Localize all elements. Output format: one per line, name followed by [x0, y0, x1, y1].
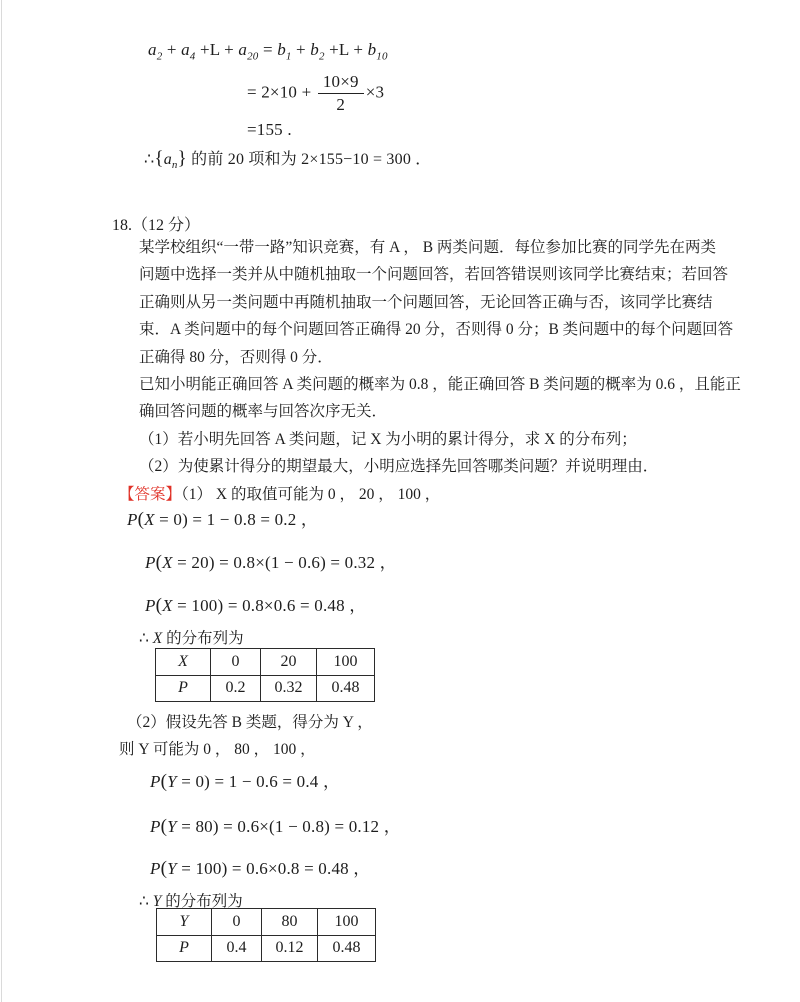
math-token: a: [238, 40, 247, 59]
equation-p-x100: P(X = 100) = 0.8×0.6 = 0.48 ，: [145, 591, 366, 617]
math-token: a: [164, 151, 172, 168]
math-token: =155 .: [247, 120, 292, 139]
math-token: = 100: [177, 859, 222, 878]
math-token: P: [150, 859, 161, 878]
distribution-table-y: Y 0 80 100 P 0.4 0.12 0.48: [156, 908, 376, 962]
document-page: { "page": { "background": "#ffffff", "te…: [0, 0, 800, 1002]
answer-label: 【答案】: [119, 486, 181, 503]
table-cell: 0.32: [261, 675, 317, 702]
math-token: 的分布列为: [162, 630, 243, 647]
math-token: ) = 0.8×0.6 = 0.48 ，: [218, 596, 367, 615]
distribution-x-caption: ∴ X 的分布列为: [139, 626, 244, 648]
equation-p-y80: P(Y = 80) = 0.6×(1 − 0.8) = 0.12 ，: [150, 812, 401, 838]
sequence-sum-equation-line1: a2 + a4 +L + a20 = b1 + b2 +L + b10: [148, 40, 388, 60]
table-row: Y 0 80 100: [157, 909, 376, 936]
math-token: P: [145, 553, 156, 572]
math-token: a: [181, 40, 190, 59]
math-token: +: [292, 40, 311, 59]
table-cell: P: [156, 675, 211, 702]
math-token: X: [162, 596, 173, 615]
therefore-symbol: ∴: [139, 630, 153, 647]
equation-p-y0: P(Y = 0) = 1 − 0.6 = 0.4 ，: [150, 767, 340, 793]
answer-intro-text: （1） X 的取值可能为 0 ， 20 ， 100 ，: [181, 486, 440, 503]
math-token: 20: [247, 50, 258, 62]
math-token: ) = 0.6×0.8 = 0.48 ，: [222, 859, 371, 878]
table-cell: 0.48: [318, 935, 376, 962]
question-line: 确回答问题的概率与回答次序无关．: [139, 398, 741, 425]
math-token: Y: [167, 772, 177, 791]
page-edge-line: [1, 0, 2, 1002]
table-cell: 100: [318, 909, 376, 936]
math-token: {: [154, 148, 163, 169]
table-cell: 80: [262, 909, 318, 936]
math-token: b: [310, 40, 319, 59]
question-line: （1）若小明先回答 A 类问题，记 X 为小明的累计得分，求 X 的分布列；: [139, 426, 741, 453]
table-cell: 0: [211, 649, 261, 676]
question-line: （2）为使累计得分的期望最大，小明应选择先回答哪类问题？并说明理由．: [139, 453, 741, 480]
math-token: X: [162, 553, 173, 572]
math-token: X: [144, 510, 155, 529]
math-token: ×3: [366, 82, 385, 101]
fraction-numerator: 10×9: [318, 72, 364, 94]
sequence-sum-equation-line2: = 2×10 + 10×92×3: [247, 72, 384, 115]
question-statement: 某学校组织“一带一路”知识竞赛，有 A ， B 两类问题．每位参加比赛的同学先在…: [139, 234, 741, 481]
table-cell: 20: [261, 649, 317, 676]
math-token: P: [150, 817, 161, 836]
fraction-denominator: 2: [318, 94, 364, 115]
math-token: = 20: [173, 553, 209, 572]
question-line: 正确则从另一类问题中再随机抽取一个问题回答，无论回答正确与否，该同学比赛结: [139, 289, 741, 316]
fraction: 10×92: [318, 72, 364, 115]
math-token: +: [162, 40, 181, 59]
math-token: +L +: [196, 40, 239, 59]
math-token: =: [259, 40, 278, 59]
math-token: = 0: [155, 510, 182, 529]
question-line: 已知小明能正确回答 A 类问题的概率为 0.8 ，能正确回答 B 类问题的概率为…: [139, 371, 741, 398]
table-cell: 0.2: [211, 675, 261, 702]
equation-p-y100: P(Y = 100) = 0.6×0.8 = 0.48 ，: [150, 854, 371, 880]
question-line: 束．A 类问题中的每个问题回答正确得 20 分，否则得 0 分；B 类问题中的每…: [139, 316, 741, 343]
table-cell: 0.4: [212, 935, 262, 962]
table-cell: 100: [317, 649, 375, 676]
math-token: P: [145, 596, 156, 615]
question-number: 18.（12 分）: [112, 212, 200, 235]
sequence-sum-equation-line3: =155 .: [247, 120, 292, 140]
math-token: a: [148, 40, 157, 59]
math-token: 的前 20 项和为 2×155−10 = 300 ．: [187, 151, 431, 168]
table-cell: 0.48: [317, 675, 375, 702]
table-cell: P: [157, 935, 212, 962]
math-token: +L +: [325, 40, 368, 59]
distribution-table-x: X 0 20 100 P 0.2 0.32 0.48: [155, 648, 375, 702]
math-token: Y: [167, 859, 177, 878]
answer2-intro-line1: （2）假设先答 B 类题，得分为 Y ，: [127, 710, 373, 732]
equation-p-x20: P(X = 20) = 0.8×(1 − 0.6) = 0.32 ，: [145, 548, 397, 574]
sequence-conclusion-line: ∴{an} 的前 20 项和为 2×155−10 = 300 ．: [144, 146, 431, 170]
math-token: ) = 0.8×(1 − 0.6) = 0.32 ，: [209, 553, 397, 572]
question-line: 问题中选择一类并从中随机抽取一个问题回答，若回答错误则该同学比赛结束；若回答: [139, 261, 741, 288]
table-row: P 0.4 0.12 0.48: [157, 935, 376, 962]
math-token: P: [127, 510, 138, 529]
math-token: X: [153, 630, 162, 647]
math-token: = 2×10 +: [247, 82, 316, 101]
math-token: 10: [376, 50, 387, 62]
math-token: = 80: [177, 817, 213, 836]
question-line: 某学校组织“一带一路”知识竞赛，有 A ， B 两类问题．每位参加比赛的同学先在…: [139, 234, 741, 261]
equation-p-x0: P(X = 0) = 1 − 0.8 = 0.2 ，: [127, 505, 318, 531]
therefore-symbol: ∴: [144, 151, 154, 168]
answer-intro-line: 【答案】（1） X 的取值可能为 0 ， 20 ， 100 ，: [119, 482, 440, 504]
math-token: = 0: [177, 772, 204, 791]
question-line: 正确得 80 分，否则得 0 分．: [139, 344, 741, 371]
therefore-symbol: ∴: [139, 893, 153, 910]
math-token: Y: [167, 817, 177, 836]
table-cell: Y: [157, 909, 212, 936]
math-token: b: [277, 40, 286, 59]
table-row: P 0.2 0.32 0.48: [156, 675, 375, 702]
math-token: ) = 1 − 0.8 = 0.2 ，: [182, 510, 318, 529]
math-token: }: [178, 148, 187, 169]
math-token: ) = 1 − 0.6 = 0.4 ，: [204, 772, 340, 791]
math-token: b: [368, 40, 377, 59]
table-cell: X: [156, 649, 211, 676]
answer2-intro-line2: 则 Y 可能为 0 ， 80 ， 100 ，: [119, 737, 316, 759]
math-token: = 100: [173, 596, 218, 615]
math-token: ) = 0.6×(1 − 0.8) = 0.12 ，: [213, 817, 401, 836]
math-token: P: [150, 772, 161, 791]
table-row: X 0 20 100: [156, 649, 375, 676]
table-cell: 0.12: [262, 935, 318, 962]
table-cell: 0: [212, 909, 262, 936]
